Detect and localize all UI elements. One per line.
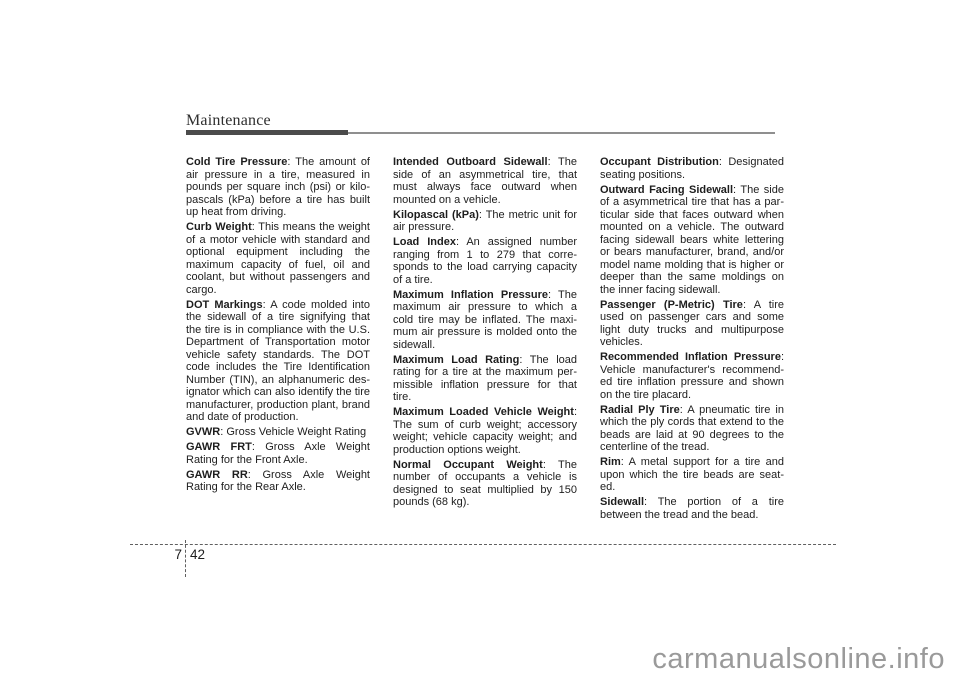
term-separator: : — [479, 209, 486, 221]
page-number: 42 — [190, 547, 205, 562]
glossary-definition: The sum of curb weight; accessory weight… — [393, 419, 577, 456]
section-title: Maintenance — [186, 112, 271, 130]
glossary-entry: Maximum Loaded Vehicle Weight: The sum o… — [393, 406, 577, 456]
glossary-term: DOT Markings — [186, 299, 263, 311]
glossary-term: GVWR — [186, 426, 220, 438]
glossary-term: Outward Facing Sidewall — [600, 184, 733, 196]
glossary-term: Maximum Loaded Vehicle Weight — [393, 406, 574, 418]
glossary-entry: GAWR FRT: Gross Axle Weight Rating for t… — [186, 441, 370, 466]
term-separator: : — [456, 236, 466, 248]
glossary-term: Intended Outboard Sidewall — [393, 156, 548, 168]
glossary-columns: Cold Tire Pressure: The amount of air pr… — [186, 156, 784, 524]
glossary-entry: Cold Tire Pressure: The amount of air pr… — [186, 156, 370, 219]
term-separator: : — [519, 354, 529, 366]
glossary-entry: DOT Markings: A code molded into the sid… — [186, 299, 370, 424]
glossary-term: Normal Occupant Weight — [393, 459, 543, 471]
term-separator: : — [743, 299, 754, 311]
glossary-term: GAWR RR — [186, 469, 248, 481]
glossary-definition: A code molded into the sidewall of a tir… — [186, 299, 370, 424]
glossary-term: Cold Tire Pressure — [186, 156, 287, 168]
glossary-term: Maximum Load Rating — [393, 354, 519, 366]
term-separator: : — [252, 441, 265, 453]
glossary-entry: Recommended Inflation Pressure: Vehicle … — [600, 351, 784, 401]
glossary-column-3: Occupant Distribution: Designated seatin… — [600, 156, 784, 524]
glossary-entry: Sidewall: The portion of a tire between … — [600, 496, 784, 521]
glossary-term: Radial Ply Tire — [600, 404, 680, 416]
glossary-term: Kilopascal (kPa) — [393, 209, 479, 221]
footer-divider-line — [185, 540, 186, 577]
glossary-column-1: Cold Tire Pressure: The amount of air pr… — [186, 156, 370, 524]
glossary-entry: Normal Occupant Weight: The number of oc… — [393, 459, 577, 509]
glossary-term: GAWR FRT — [186, 441, 252, 453]
glossary-term: Curb Weight — [186, 221, 252, 233]
glossary-term: Rim — [600, 456, 621, 468]
manual-page: Maintenance Cold Tire Pressure: The amou… — [0, 0, 960, 679]
glossary-term: Sidewall — [600, 496, 644, 508]
glossary-entry: Rim: A metal support for a tire and upon… — [600, 456, 784, 494]
glossary-entry: Outward Facing Sidewall: The side of a a… — [600, 184, 784, 297]
term-separator: : — [781, 351, 784, 363]
watermark: carmanualsonline.info — [652, 643, 945, 676]
glossary-definition: The side of a asymmetrical tire that has… — [600, 184, 784, 296]
footer-dashed-line — [130, 544, 836, 545]
glossary-entry: Kilopascal (kPa): The metric unit for ai… — [393, 209, 577, 234]
glossary-entry: Passenger (P-Metric) Tire: A tire used o… — [600, 299, 784, 349]
glossary-term: Recommended Inflation Pressure — [600, 351, 781, 363]
term-separator: : — [548, 156, 558, 168]
term-separator: : — [248, 469, 263, 481]
glossary-entry: GAWR RR: Gross Axle Weight Rating for th… — [186, 469, 370, 494]
glossary-entry: Intended Outboard Sidewall: The side of … — [393, 156, 577, 206]
glossary-entry: Radial Ply Tire: A pneumatic tire in whi… — [600, 404, 784, 454]
term-separator: : — [719, 156, 728, 168]
glossary-term: Occupant Distribution — [600, 156, 719, 168]
glossary-entry: GVWR: Gross Vehicle Weight Rating — [186, 426, 370, 439]
chapter-number: 7 — [168, 547, 182, 562]
glossary-column-2: Intended Outboard Sidewall: The side of … — [393, 156, 577, 524]
header-rule-thin-segment — [348, 132, 775, 134]
glossary-term: Load Index — [393, 236, 456, 248]
glossary-definition: Vehicle manufacturer's recommend-ed tire… — [600, 364, 784, 401]
glossary-entry: Occupant Distribution: Designated seatin… — [600, 156, 784, 181]
header-rule — [186, 130, 775, 136]
glossary-definition: Gross Vehicle Weight Rating — [226, 426, 366, 438]
term-separator: : — [574, 406, 577, 418]
glossary-entry: Maximum Inflation Pressure: The maximum … — [393, 289, 577, 352]
term-separator: : — [548, 289, 558, 301]
header-rule-thick-segment — [186, 130, 348, 135]
glossary-entry: Curb Weight: This means the weight of a … — [186, 221, 370, 296]
glossary-term: Passenger (P-Metric) Tire — [600, 299, 743, 311]
term-separator: : — [543, 459, 558, 471]
glossary-entry: Maximum Load Rating: The load rating for… — [393, 354, 577, 404]
glossary-term: Maximum Inflation Pressure — [393, 289, 548, 301]
glossary-entry: Load Index: An assigned number ranging f… — [393, 236, 577, 286]
term-separator: : — [644, 496, 658, 508]
term-separator: : — [621, 456, 629, 468]
